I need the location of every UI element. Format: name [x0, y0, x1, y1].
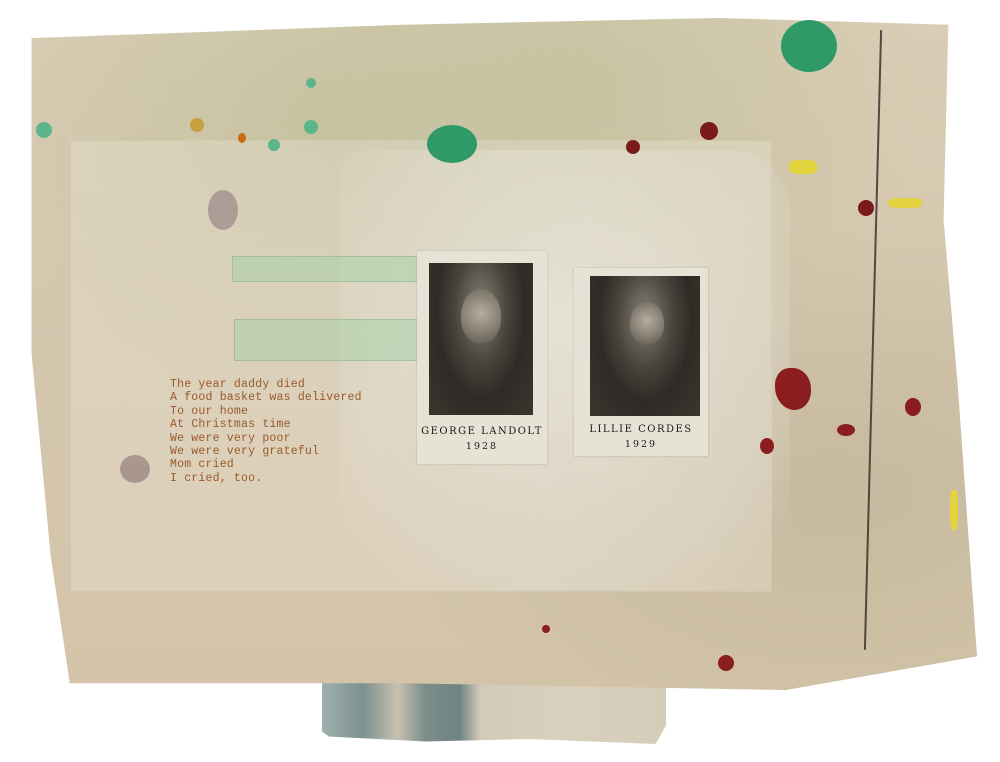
green-strip	[234, 319, 426, 361]
poem-line: To our home	[170, 405, 362, 418]
poem-line: I cried, too.	[170, 472, 362, 485]
portrait-image	[429, 263, 533, 415]
typed-poem: The year daddy died A food basket was de…	[170, 378, 362, 485]
portrait-photo-george: GEORGE LANDOLT 1928	[417, 251, 547, 464]
portrait-image	[590, 276, 700, 416]
portrait-photo-lillie: LILLIE CORDES 1929	[574, 268, 708, 456]
poem-line: A food basket was delivered	[170, 391, 362, 404]
poem-line: Mom cried	[170, 458, 362, 471]
poem-line: We were very grateful	[170, 445, 362, 458]
poem-line: At Christmas time	[170, 418, 362, 431]
photo-year: 1928	[417, 441, 547, 452]
photo-caption: GEORGE LANDOLT	[417, 426, 547, 437]
textile-collage-artwork: The year daddy died A food basket was de…	[0, 0, 1000, 762]
poem-line: We were very poor	[170, 432, 362, 445]
poem-line: The year daddy died	[170, 378, 362, 391]
white-paint-wash	[340, 150, 790, 590]
green-strip	[232, 256, 424, 282]
photo-caption: LILLIE CORDES	[574, 424, 708, 435]
bottom-fabric-strip	[322, 682, 666, 744]
photo-year: 1929	[574, 439, 708, 450]
